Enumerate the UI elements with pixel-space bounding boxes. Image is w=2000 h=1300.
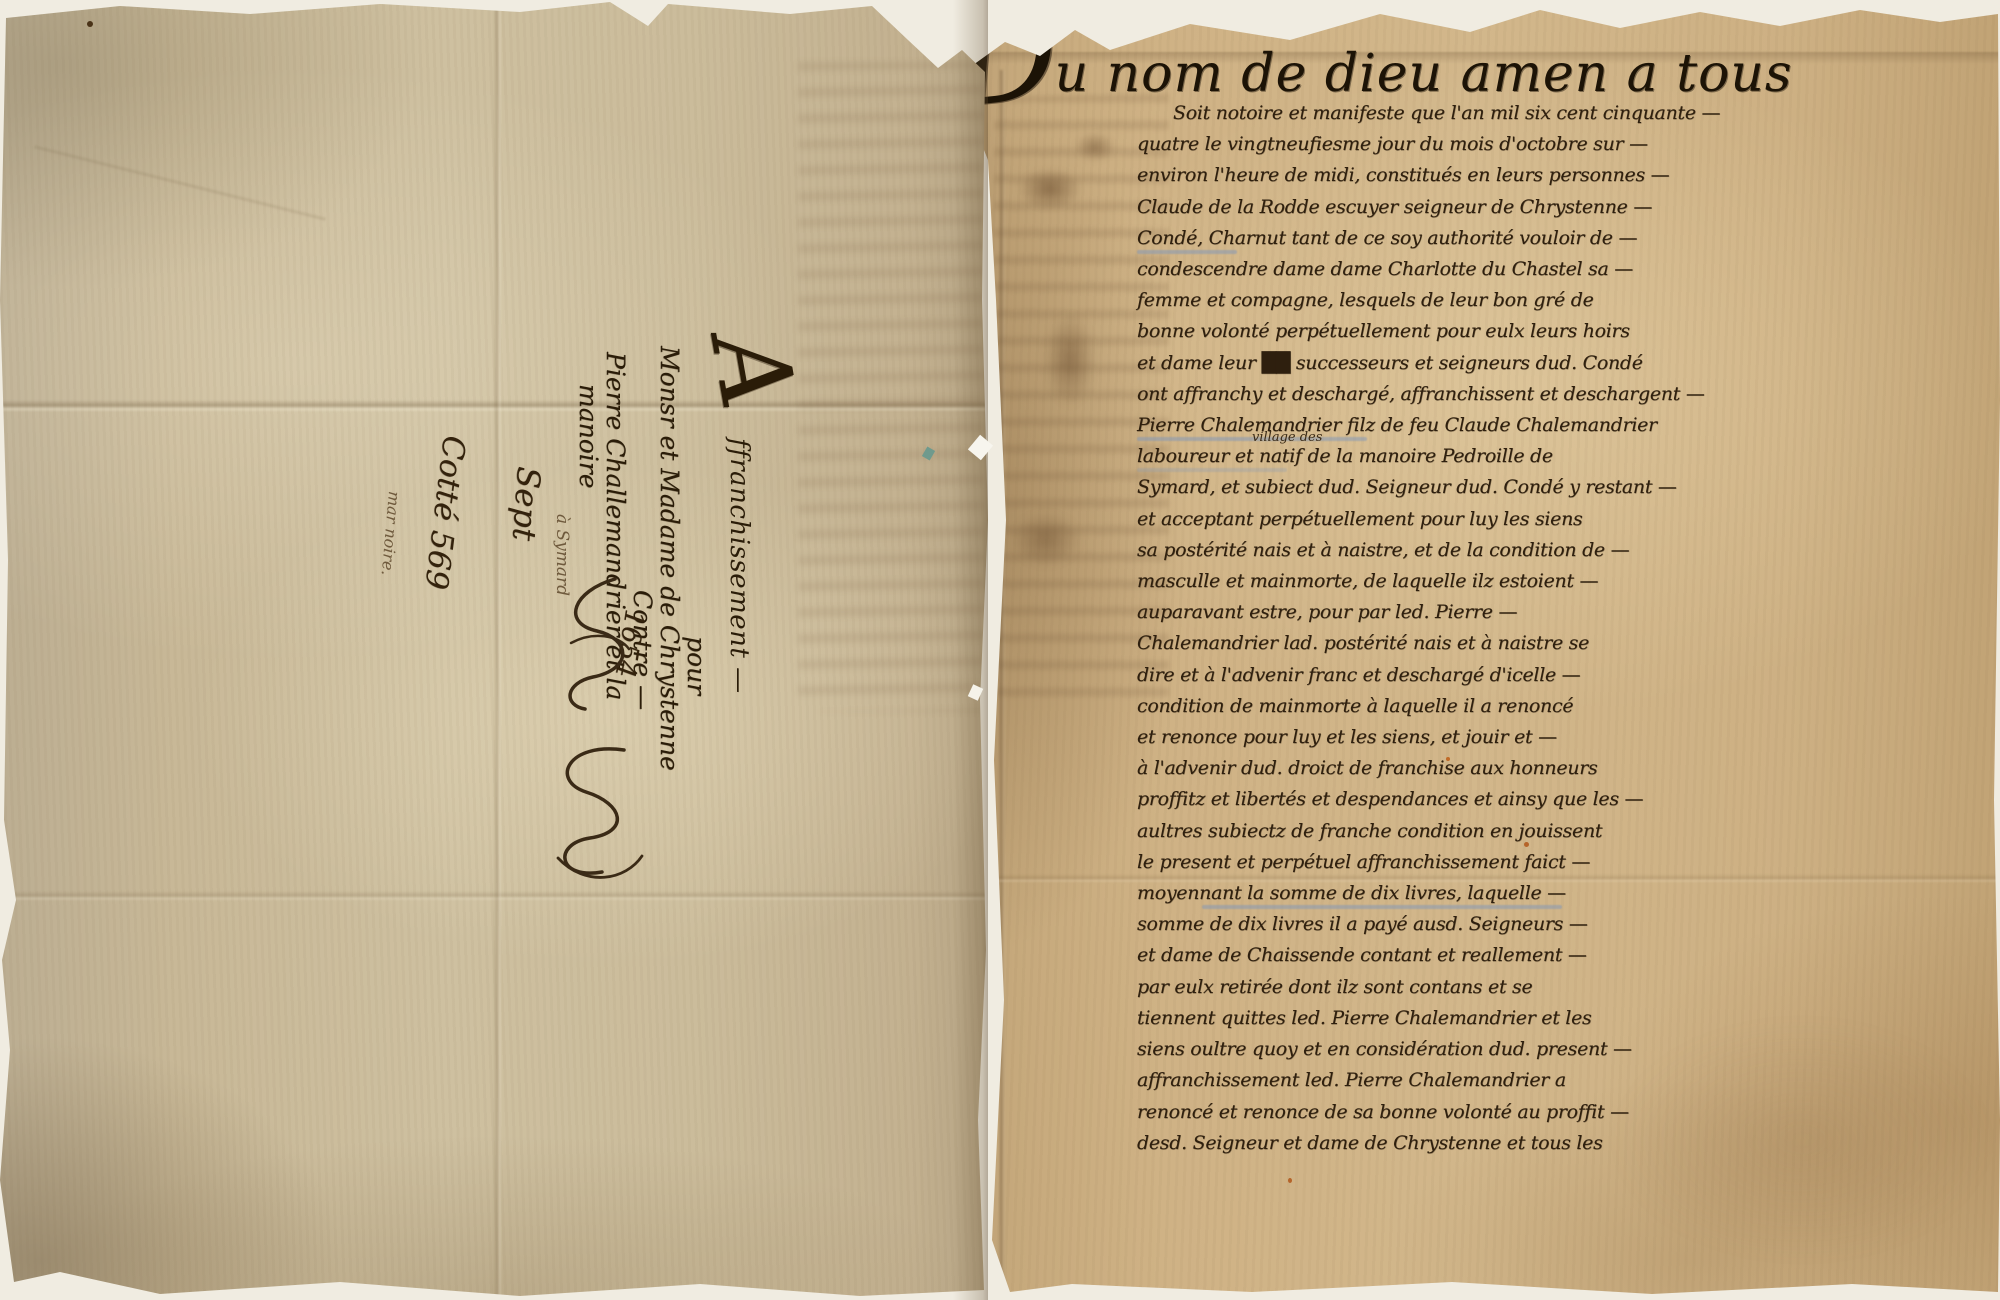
body-line: à l'advenir dud. droict de franchise aux…: [1137, 753, 1617, 784]
body-line: proffitz et libertés et despendances et …: [1137, 784, 1617, 815]
gutter-fold-line: [1000, 70, 1005, 1290]
body-line: et acceptant perpétuellement pour luy le…: [1137, 504, 1617, 535]
body-line: laboureur et natif de la manoire Pedroil…: [1137, 441, 1617, 472]
body-line: siens oultre quoy et en considération du…: [1137, 1034, 1617, 1065]
body-line: ont affranchy et deschargé, affranchisse…: [1137, 379, 1617, 410]
docket-title-line: A ffranchissement —: [710, 338, 790, 738]
body-line: tiennent quittes led. Pierre Chalemandri…: [1137, 1003, 1617, 1034]
interlinear-insertion: village des: [1252, 430, 1322, 445]
cote-annotation: Cotté 569: [413, 434, 472, 632]
body-line: environ l'heure de midi, constitués en l…: [1137, 160, 1617, 191]
ink-stain: [1044, 312, 1096, 407]
heading-text: u nom de dieu amen a tous: [1055, 44, 1793, 104]
wrinkle-line: [34, 144, 327, 222]
body-line: condescendre dame dame Charlotte du Chas…: [1137, 254, 1617, 285]
body-line: Chalemandrier lad. postérité nais et à n…: [1137, 628, 1617, 659]
paraph-flourish-icon: [538, 740, 648, 890]
body-line: aultres subiectz de franche condition en…: [1137, 816, 1617, 847]
rust-speck: [1524, 842, 1529, 847]
ink-speck: [87, 21, 93, 27]
body-line: et renonce pour luy et les siens, et jou…: [1137, 722, 1617, 753]
note-annotation: mar noire.: [370, 490, 404, 659]
ink-stain: [1074, 132, 1116, 162]
fold-crease-horizontal: [0, 891, 988, 901]
body-line: auparavant estre, pour par led. Pierre —: [1137, 597, 1617, 628]
fold-crease-vertical: [493, 0, 502, 1300]
ink-bleedthrough: [798, 62, 984, 712]
body-line: sa postérité nais et à naistre, et de la…: [1137, 535, 1617, 566]
deed-body-text: Soit notoire et manifeste que l'an mil s…: [1137, 98, 1617, 1159]
rust-speck: [1446, 757, 1450, 761]
body-line: et dame de Chaissende contant et reallem…: [1137, 940, 1617, 971]
invocation-heading: +o Du nom de dieu amen a tous: [956, 0, 1793, 112]
body-line: et dame leur ██ successeurs et seigneurs…: [1137, 348, 1617, 379]
body-line: condition de mainmorte à laquelle il a r…: [1137, 691, 1617, 722]
foxing-stain: [1612, 1020, 1992, 1260]
docket-title-rest: ffranchissement —: [724, 438, 754, 694]
ink-stain: [1018, 168, 1082, 210]
ink-stain: [1010, 512, 1082, 567]
flourished-initial-A: A: [688, 324, 818, 417]
left-page: A ffranchissement — pour Monsr et Madame…: [0, 0, 990, 1300]
month-annotation: Sept: [501, 465, 548, 597]
body-line: affranchissement led. Pierre Chalemandri…: [1137, 1065, 1617, 1096]
body-line: le present et perpétuel affranchissement…: [1137, 847, 1617, 878]
docket-line: Monsr et Madame de Chrystenne: [656, 346, 683, 738]
body-line: bonne volonté perpétuellement pour eulx …: [1137, 316, 1617, 347]
body-line: desd. Seigneur et dame de Chrystenne et …: [1137, 1128, 1617, 1159]
body-line: Condé, Charnut tant de ce soy authorité …: [1137, 223, 1617, 254]
body-line: quatre le vingtneufiesme jour du mois d'…: [1137, 129, 1617, 160]
body-line: Symard, et subiect dud. Seigneur dud. Co…: [1137, 472, 1617, 503]
fold-crease-horizontal: [0, 400, 988, 412]
body-line: par eulx retirée dont ilz sont contans e…: [1137, 972, 1617, 1003]
body-line: moyennant la somme de dix livres, laquel…: [1137, 878, 1617, 909]
cross-invocation-icon: +o: [1456, 0, 1489, 20]
paraph-flourish-icon: [553, 573, 643, 713]
docket-line: pour: [683, 636, 710, 738]
body-line: masculle et mainmorte, de laquelle ilz e…: [1137, 566, 1617, 597]
body-line: Pierre Chalemandrier filz de feu Claude …: [1137, 410, 1617, 441]
right-page: +o Du nom de dieu amen a tous Soit notoi…: [952, 0, 2000, 1300]
rust-speck: [1288, 1178, 1292, 1183]
body-line: Soit notoire et manifeste que l'an mil s…: [1137, 98, 1617, 129]
body-line: renoncé et renonce de sa bonne volonté a…: [1137, 1097, 1617, 1128]
body-line: Claude de la Rodde escuyer seigneur de C…: [1137, 192, 1617, 223]
body-line: dire et à l'advenir franc et deschargé d…: [1137, 660, 1617, 691]
body-line: somme de dix livres il a payé ausd. Seig…: [1137, 909, 1617, 940]
body-line: femme et compagne, lesquels de leur bon …: [1137, 285, 1617, 316]
manuscript-photo: A ffranchissement — pour Monsr et Madame…: [0, 0, 2000, 1300]
